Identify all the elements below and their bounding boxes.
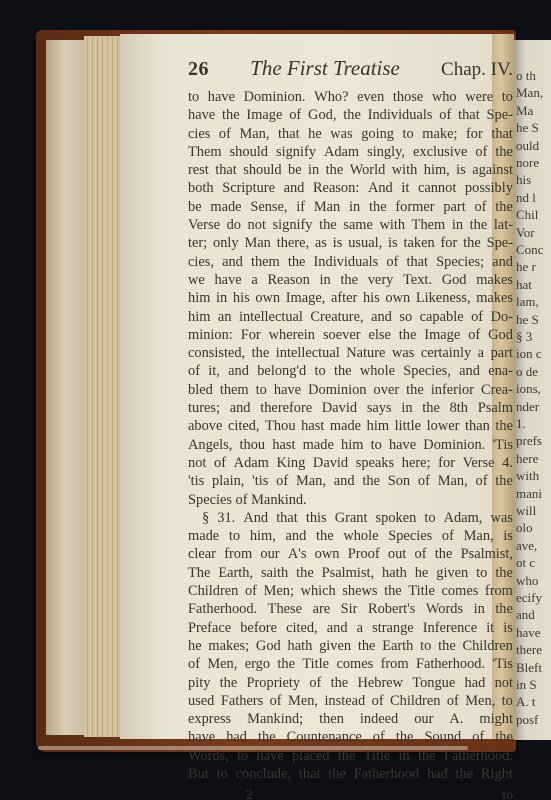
facing-page-fragment: nore — [516, 155, 539, 171]
text-line: himanintellectualCreature,andsocapableof… — [188, 308, 513, 326]
page-footer: 2 to — [188, 787, 513, 800]
text-line: bemadeSense,ifManintheformerpartofthe — [188, 198, 513, 216]
text-line: ChildrenofMen;whichshewstheTitlecomesfro… — [188, 582, 513, 600]
facing-page-fragment: ions, — [516, 381, 541, 397]
text-line: ciesofMan,thathewasgoingtomake;forthat — [188, 125, 513, 143]
page-number: 26 — [188, 58, 209, 81]
facing-page-fragment: A. t — [516, 694, 536, 710]
text-line: ofMen,ergotheTitlecomesfromFatherhood.'T… — [188, 655, 513, 673]
facing-page-fragment: who — [516, 573, 538, 589]
facing-page-fragment: Conc — [516, 242, 543, 258]
text-line: usedFathersofMen,insteadofChildrenofMen,… — [188, 692, 513, 710]
facing-page-fragment: his — [516, 172, 531, 188]
text-line: tures;andthereforeDavidsaysinthe8thPsalm — [188, 399, 513, 417]
facing-page-fragment: will — [516, 503, 536, 519]
text-line: minion:ForwhereinsoeverelsetheImageofGod — [188, 326, 513, 344]
running-title: The First Treatise — [250, 56, 400, 81]
text-line: restthatshouldbeintheWorldwithhim,isagai… — [188, 161, 513, 179]
text-line: Fatherhood.TheseareSirRobert'sWordsinthe — [188, 600, 513, 618]
text-line: ter;onlyManthere,asisusual,istakenforthe… — [188, 234, 513, 252]
facing-page-fragment: lam, — [516, 294, 539, 310]
facing-page-fragment: in S — [516, 677, 537, 693]
catchword: to — [502, 787, 513, 800]
facing-page-fragment: olo — [516, 520, 533, 536]
facing-page-fragment: prefs — [516, 433, 542, 449]
facing-page-fragment: he S — [516, 312, 539, 328]
text-line: wehaveaReasonintheveryText.Godmakes — [188, 271, 513, 289]
facing-page-fragment: posf — [516, 712, 538, 728]
facing-page-fragment: ave, — [516, 538, 537, 554]
facing-page-fragment: and — [516, 607, 535, 623]
text-line: §31.AndthatthisGrantspokentoAdam,was — [188, 509, 513, 527]
facing-page-fragment: Vor — [516, 225, 535, 241]
facing-page-fragment: ecify — [516, 590, 542, 606]
text-line: bothScriptureandReason:Anditcannotpossib… — [188, 179, 513, 197]
facing-page-fragment: he S — [516, 120, 539, 136]
page-stack-edges — [84, 36, 120, 737]
text-line: cies,andthemtheIndividualsofthatSpecies;… — [188, 253, 513, 271]
chapter-label: Chap. IV. — [441, 59, 513, 81]
text-line: consisted,theintellectualNaturewascertai… — [188, 344, 513, 362]
facing-page-fragment: hat — [516, 277, 532, 293]
text-line: havehadtheCountenanceoftheSoundofthe — [188, 728, 513, 746]
page-text-block: 26 The First Treatise Chap. IV. tohaveDo… — [188, 56, 513, 800]
text-line: hemakes;GodhathgiventheEarthtotheChildre… — [188, 637, 513, 655]
text-line: Angels,thouhastmadehimtohaveDominion.'Ti… — [188, 436, 513, 454]
text-line: VersedonotsignifythesamewithTheminthelat… — [188, 216, 513, 234]
facing-page-fragment: mani — [516, 486, 542, 502]
facing-page-fragment: 1. — [516, 416, 526, 432]
facing-page-fragment: nd l — [516, 190, 536, 206]
facing-page: o thMan,Mahe Souldnorehisnd lChilVorConc… — [514, 40, 551, 740]
facing-page-fragment: Man, — [516, 85, 543, 101]
facing-page-fragment: ot c — [516, 555, 535, 571]
signature-mark: 2 — [246, 787, 253, 800]
text-line: bledthemtohaveDominionovertheinferiorCre… — [188, 381, 513, 399]
facing-page-fragment: with — [516, 468, 539, 484]
text-line: ofit,andbelong'dtothewholeSpecies,andena… — [188, 362, 513, 380]
text-line: himinhisownImage,afterhisownLikeness,mak… — [188, 289, 513, 307]
text-line: havetheImageofGod,theIndividualsofthatSp… — [188, 106, 513, 124]
text-line: clearfromourA'sownProofoutofthePsalmist, — [188, 545, 513, 563]
text-line: Species of Mankind. — [188, 491, 513, 509]
facing-page-fragment: ion c — [516, 346, 542, 362]
text-line: notofAdamKingDavidspeakshere;forVerse4. — [188, 454, 513, 472]
facing-page-fragment: he r — [516, 259, 536, 275]
facing-page-fragment: ould — [516, 138, 539, 154]
facing-page-fragment: there — [516, 642, 542, 658]
facing-page-fragment: § 3 — [516, 329, 532, 345]
facing-page-fragment: Bleft — [516, 660, 542, 676]
facing-page-fragment: here — [516, 451, 538, 467]
text-line: TheEarth,saiththePsalmist,hathhegiventot… — [188, 564, 513, 582]
facing-page-fragment: Chil — [516, 207, 538, 223]
facing-page-fragment: o de — [516, 364, 538, 380]
facing-page-fragment: nder — [516, 399, 539, 415]
facing-page-fragment: have — [516, 625, 541, 641]
running-head: 26 The First Treatise Chap. IV. — [188, 56, 513, 82]
text-line: tohaveDominion.Who?eventhosewhowereto — [188, 88, 513, 106]
text-line: expressMankind;thenindeedourA.might — [188, 710, 513, 728]
text-line: pitytheProprietyoftheHebrewTonguehadnot — [188, 674, 513, 692]
text-line: ThemshouldsignifyAdamsingly,exclusiveoft… — [188, 143, 513, 161]
flyleaf — [46, 40, 84, 735]
text-line: abovecited,Thouhastmadehimlittlelowertha… — [188, 417, 513, 435]
body-text: tohaveDominion.Who?eventhosewhoweretohav… — [188, 88, 513, 783]
text-line: madetohim,andthewholeSpeciesofMan,is — [188, 527, 513, 545]
text-line: Words,tohaveplacedtheTitleintheFatherhoo… — [188, 747, 513, 765]
facing-page-fragment: Ma — [516, 103, 533, 119]
facing-page-fragment: o th — [516, 68, 536, 84]
text-line: Prefacebeforecited,andastrangeInferencei… — [188, 619, 513, 637]
text-line: 'tisplain,'tisofMan,andtheSonofMan,ofthe — [188, 472, 513, 490]
text-line: Buttoconclude,thattheFatherhoodhadtheRig… — [188, 765, 513, 783]
